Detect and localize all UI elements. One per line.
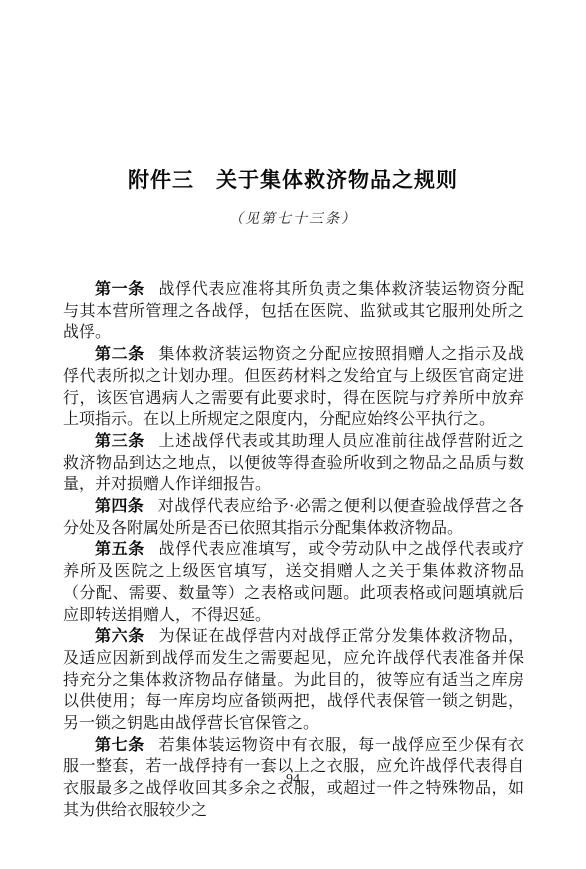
article-2-label: 第二条 (95, 346, 145, 363)
document-page: 附件三 关于集体救济物品之规则 （见第七十三条） 第一条战俘代表应准将其所负责之… (0, 0, 586, 869)
article-4: 第四条对战俘代表应给予·必需之便利以便查验战俘营之各分处及各附属处所是否已依照其… (63, 496, 524, 539)
article-3-label: 第三条 (95, 433, 145, 450)
article-6: 第六条为保证在战俘营内对战俘正常分发集体救济物品，及适应因新到战俘而发生之需要起… (63, 626, 524, 735)
document-title: 附件三 关于集体救济物品之规则 (0, 0, 586, 194)
article-7-label: 第七条 (95, 737, 145, 754)
article-1: 第一条战俘代表应准将其所负责之集体救济装运物资分配与其本营所管理之各战俘，包括在… (63, 279, 524, 344)
article-6-label: 第六条 (95, 628, 145, 645)
document-subtitle: （见第七十三条） (0, 211, 586, 229)
page-number: 94 (0, 772, 586, 788)
article-5-label: 第五条 (95, 541, 145, 558)
article-3: 第三条上述战俘代表或其助理人员应准前往战俘营附近之救济物品到达之地点，以便彼等得… (63, 431, 524, 496)
article-2: 第二条集体救济装运物资之分配应按照捐赠人之指示及战俘代表所拟之计划办理。但医药材… (63, 344, 524, 431)
document-body: 第一条战俘代表应准将其所负责之集体救济装运物资分配与其本营所管理之各战俘，包括在… (63, 279, 524, 822)
article-5: 第五条战俘代表应准填写，或令劳动队中之战俘代表或疗养所及医院之上级医官填写，送交… (63, 539, 524, 626)
article-4-label: 第四条 (95, 498, 144, 515)
article-1-label: 第一条 (95, 281, 145, 298)
